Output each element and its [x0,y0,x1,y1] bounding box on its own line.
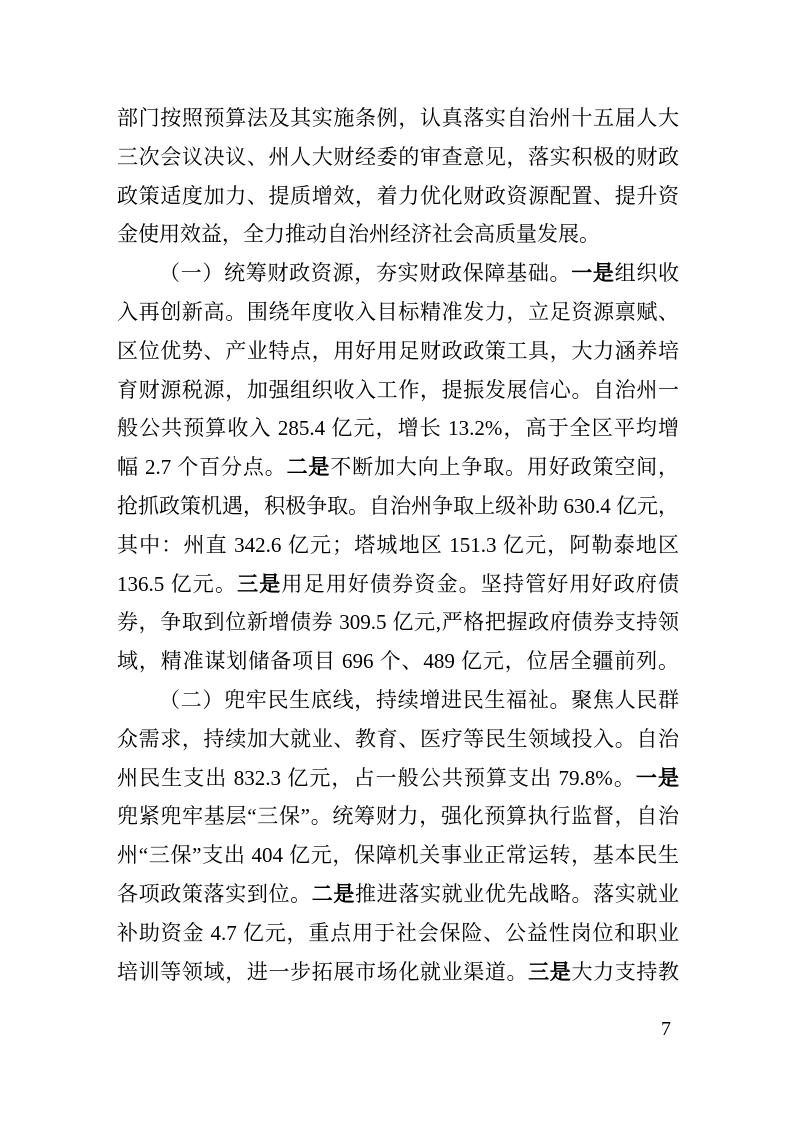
text-line: 部门按照预算法及其实施条例，认真落实自治州十五届人大 [117,99,679,138]
text-line: 政策适度加力、提质增效，着力优化财政资源配置、提升资 [117,177,679,216]
text-run: 入再创新高。围绕年度收入目标精准发力，立足资源禀赋、 [117,300,679,324]
page-number: 7 [646,1013,686,1045]
text-run: 幅 2.7 个百分点。 [117,455,287,479]
text-run: 育财源税源，加强组织收入工作，提振发展信心。自治州一 [117,378,679,402]
text-line: 培训等领域，进一步拓展市场化就业渠道。三是大力支持教 [117,953,679,992]
text-run: 域，精准谋划储备项目 696 个、489 亿元，位居全疆前列。 [117,649,679,673]
text-run: 般公共预算收入 285.4 亿元，增长 13.2%，高于全区平均增 [117,416,679,440]
text-line: 券，争取到位新增债券 309.5 亿元,严格把握政府债券支持领 [117,603,679,642]
text-run: （二）兜牢民生底线，持续增进民生福祉。聚焦人民群 [159,688,679,712]
text-block: 部门按照预算法及其实施条例，认真落实自治州十五届人大三次会议决议、州人大财经委的… [117,99,679,991]
document-page: 部门按照预算法及其实施条例，认真落实自治州十五届人大三次会议决议、州人大财经委的… [0,0,793,1122]
text-line: 金使用效益，全力推动自治州经济社会高质量发展。 [117,215,679,254]
text-line: 域，精准谋划储备项目 696 个、489 亿元，位居全疆前列。 [117,642,679,681]
text-line: 幅 2.7 个百分点。二是不断加大向上争取。用好政策空间， [117,448,679,487]
text-run: 不断加大向上争取。用好政策空间， [330,455,679,479]
bold-emphasis: 一是 [571,262,614,285]
text-line: （二）兜牢民生底线，持续增进民生福祉。聚焦人民群 [117,681,679,720]
text-line: 州民生支出 832.3 亿元，占一般公共预算支出 79.8%。一是 [117,759,679,798]
text-run: 大力支持教 [571,960,679,984]
text-line: 州“三保”支出 404 亿元，保障机关事业正常运转，基本民生 [117,836,679,875]
text-line: 兜紧兜牢基层“三保”。统筹财力，强化预算执行监督，自治 [117,797,679,836]
text-line: 补助资金 4.7 亿元，重点用于社会保险、公益性岗位和职业 [117,914,679,953]
text-run: 用足用好债券资金。坚持管好用好政府债 [281,572,679,596]
bold-emphasis: 一是 [636,767,679,790]
text-run: 部门按照预算法及其实施条例，认真落实自治州十五届人大 [117,106,679,130]
text-run: 众需求，持续加大就业、教育、医疗等民生领域投入。自治 [117,727,679,751]
text-line: 众需求，持续加大就业、教育、医疗等民生领域投入。自治 [117,720,679,759]
text-run: 推进落实就业优先战略。落实就业 [355,882,679,906]
text-line: 区位优势、产业特点，用好用足财政政策工具，大力涵养培 [117,332,679,371]
text-line: 般公共预算收入 285.4 亿元，增长 13.2%，高于全区平均增 [117,409,679,448]
bold-emphasis: 二是 [287,456,331,479]
text-line: 其中：州直 342.6 亿元；塔城地区 151.3 亿元，阿勒泰地区 [117,526,679,565]
text-line: 抢抓政策机遇，积极争取。自治州争取上级补助 630.4 亿元， [117,487,679,526]
text-run: 券，争取到位新增债券 309.5 亿元,严格把握政府债券支持领 [117,610,679,634]
bold-emphasis: 三是 [528,961,571,984]
text-run: （一）统筹财政资源，夯实财政保障基础。 [159,261,571,285]
text-run: 补助资金 4.7 亿元，重点用于社会保险、公益性岗位和职业 [117,921,679,945]
text-run: 培训等领域，进一步拓展市场化就业渠道。 [117,960,528,984]
text-run: 抢抓政策机遇，积极争取。自治州争取上级补助 630.4 亿元， [117,494,679,518]
text-run: 州民生支出 832.3 亿元，占一般公共预算支出 79.8%。 [117,766,636,790]
text-run: 兜紧兜牢基层“三保”。统筹财力，强化预算执行监督，自治 [117,804,679,828]
text-run: 组织收 [615,261,679,285]
text-line: 三次会议决议、州人大财经委的审查意见，落实积极的财政 [117,138,679,177]
text-run: 三次会议决议、州人大财经委的审查意见，落实积极的财政 [117,145,679,169]
text-line: （一）统筹财政资源，夯实财政保障基础。一是组织收 [117,254,679,293]
text-line: 育财源税源，加强组织收入工作，提振发展信心。自治州一 [117,371,679,410]
text-line: 各项政策落实到位。二是推进落实就业优先战略。落实就业 [117,875,679,914]
text-line: 入再创新高。围绕年度收入目标精准发力，立足资源禀赋、 [117,293,679,332]
text-run: 其中：州直 342.6 亿元；塔城地区 151.3 亿元，阿勒泰地区 [117,533,679,557]
text-run: 金使用效益，全力推动自治州经济社会高质量发展。 [117,222,600,246]
text-run: 各项政策落实到位。 [117,882,312,906]
bold-emphasis: 三是 [237,573,281,596]
text-line: 136.5 亿元。三是用足用好债券资金。坚持管好用好政府债 [117,565,679,604]
text-run: 136.5 亿元。 [117,572,237,596]
text-run: 区位优势、产业特点，用好用足财政政策工具，大力涵养培 [117,339,679,363]
bold-emphasis: 二是 [312,883,355,906]
text-run: 州“三保”支出 404 亿元，保障机关事业正常运转，基本民生 [117,843,679,867]
text-run: 政策适度加力、提质增效，着力优化财政资源配置、提升资 [117,184,679,208]
